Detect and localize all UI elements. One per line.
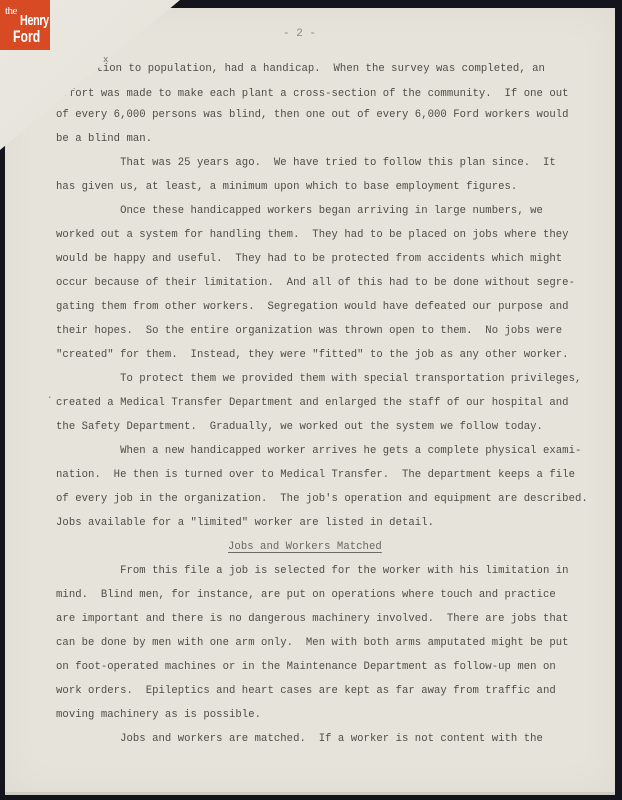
text-line: of every 6,000 persons was blind, then o…: [56, 109, 569, 121]
text-line: on foot-operated machines or in the Main…: [56, 661, 556, 673]
margin-mark: ·: [47, 393, 52, 403]
text-line: Jobs available for a "limited" worker ar…: [56, 517, 434, 529]
section-heading: Jobs and Workers Matched: [228, 541, 382, 553]
text-line: gating them from other workers. Segregat…: [56, 301, 569, 313]
text-line: Jobs and workers are matched. If a worke…: [56, 733, 543, 745]
scan-background: the Henry Ford - 2 - x · proportion to p…: [0, 0, 622, 800]
text-line: When a new handicapped worker arrives he…: [56, 445, 581, 457]
text-line: has given us, at least, a minimum upon w…: [56, 181, 517, 193]
logo-henry: Henry: [20, 13, 49, 28]
text-line: work orders. Epileptics and heart cases …: [56, 685, 556, 697]
text-line: worked out a system for handling them. T…: [56, 229, 569, 241]
text-line: be a blind man.: [56, 133, 152, 145]
stray-mark: x: [103, 55, 108, 65]
text-line: can be done by men with one arm only. Me…: [56, 637, 569, 649]
text-line: created a Medical Transfer Department an…: [56, 397, 569, 409]
text-line: of every job in the organization. The jo…: [56, 493, 588, 505]
text-line: mind. Blind men, for instance, are put o…: [56, 589, 556, 601]
page-edge: [5, 792, 615, 795]
text-line: Once these handicapped workers began arr…: [56, 205, 543, 217]
page-number: - 2 -: [283, 28, 316, 40]
text-line: their hopes. So the entire organization …: [56, 325, 562, 337]
text-line: "created" for them. Instead, they were "…: [56, 349, 569, 361]
henry-ford-logo: the Henry Ford: [0, 0, 50, 50]
text-line: To protect them we provided them with sp…: [56, 373, 581, 385]
logo-the: the: [5, 6, 17, 17]
text-line: From this file a job is selected for the…: [56, 565, 569, 577]
text-line: are important and there is no dangerous …: [56, 613, 569, 625]
text-line: occur because of their limitation. And a…: [56, 277, 575, 289]
text-line: the Safety Department. Gradually, we wor…: [56, 421, 543, 433]
text-line: moving machinery as is possible.: [56, 709, 261, 721]
text-line: nation. He then is turned over to Medica…: [56, 469, 575, 481]
text-line: effort was made to make each plant a cro…: [56, 88, 569, 100]
text-line: would be happy and useful. They had to b…: [56, 253, 562, 265]
text-line: proportion to population, had a handicap…: [58, 63, 545, 75]
logo-ford: Ford: [13, 28, 40, 45]
text-line: That was 25 years ago. We have tried to …: [56, 157, 556, 169]
